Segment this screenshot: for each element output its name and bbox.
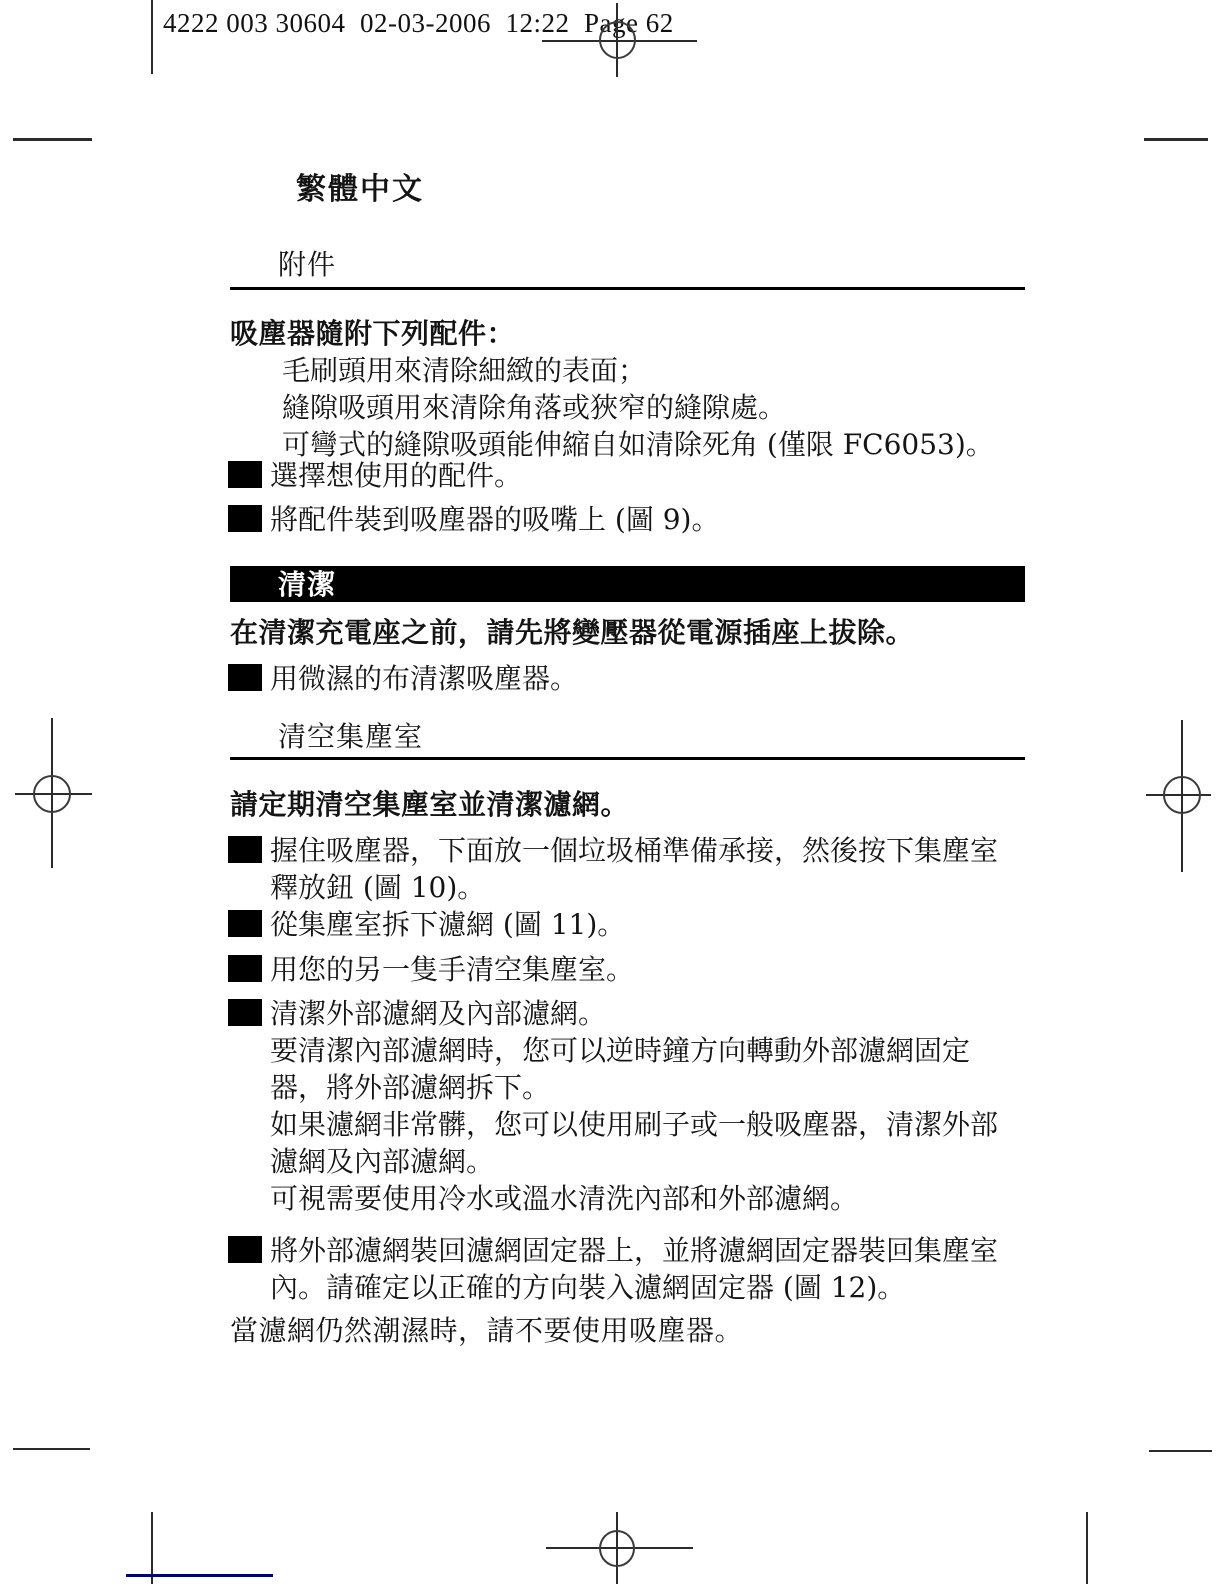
crop-mark-top-left-vline [151, 0, 153, 74]
crop-mark-bottom-right-hline [1149, 1450, 1212, 1452]
step-bullet-square [228, 999, 262, 1026]
registration-circle-right [1163, 776, 1201, 814]
step-text: 用微濕的布清潔吸塵器。 [270, 660, 1030, 697]
instruction-step: 從集塵室拆下濾網 (圖 11)。 [228, 906, 1028, 946]
section-banner-cleaning: 清潔 [230, 566, 1025, 602]
accessories-item-list: 毛刷頭用來清除細緻的表面； 縫隙吸頭用來清除角落或狹窄的縫隙處。 可彎式的縫隙吸… [282, 352, 994, 463]
step-bullet-square [228, 461, 262, 488]
instruction-step: 將外部濾網裝回濾網固定器上，並將濾網固定器裝回集塵室 內。請確定以正確的方向裝入… [228, 1232, 1028, 1312]
registration-circle-top [599, 21, 636, 59]
section-heading-emptying: 清空集塵室 [278, 720, 423, 754]
step-text: 用您的另一隻手清空集塵室。 [270, 951, 1030, 988]
emptying-intro: 請定期清空集塵室並清潔濾網。 [230, 786, 629, 823]
instruction-step: 用微濕的布清潔吸塵器。 [228, 660, 1028, 700]
step-text: 可視需要使用冷水或溫水清洗內部和外部濾網。 [270, 1180, 1030, 1217]
accessories-item: 毛刷頭用來清除細緻的表面； [282, 352, 994, 389]
registration-circle-left [33, 775, 71, 813]
step-text: 要清潔內部濾網時，您可以逆時鐘方向轉動外部濾網固定 [270, 1032, 1030, 1069]
accessories-intro: 吸塵器隨附下列配件： [230, 315, 515, 352]
instruction-step: 選擇想使用的配件。 [228, 457, 1028, 497]
step-text: 將外部濾網裝回濾網固定器上，並將濾網固定器裝回集塵室 [270, 1232, 1030, 1269]
accessories-item: 縫隙吸頭用來清除角落或狹窄的縫隙處。 [282, 389, 994, 426]
step-bullet-square [228, 836, 262, 863]
wet-filter-note: 當濾網仍然潮濕時，請不要使用吸塵器。 [230, 1312, 743, 1349]
step-bullet-square [228, 664, 262, 691]
crop-mark-bottom-left-hline [13, 1448, 90, 1450]
step-text: 清潔外部濾網及內部濾網。 [270, 995, 1030, 1032]
step-text: 濾網及內部濾網。 [270, 1143, 1030, 1180]
step-text: 內。請確定以正確的方向裝入濾網固定器 (圖 12)。 [270, 1269, 1030, 1306]
step-text: 將配件裝到吸塵器的吸嘴上 (圖 9)。 [270, 501, 1030, 538]
step-bullet-square [228, 910, 262, 937]
step-bullet-square [228, 1236, 262, 1263]
step-text: 選擇想使用的配件。 [270, 457, 1030, 494]
step-text: 握住吸塵器，下面放一個垃圾桶準備承接，然後按下集塵室 [270, 832, 1030, 869]
page-title: 繁體中文 [296, 172, 424, 208]
step-bullet-square [228, 505, 262, 532]
section-heading-cleaning: 清潔 [278, 567, 336, 603]
crop-mark-bottom-navy-hline [126, 1574, 273, 1577]
instruction-step: 清潔外部濾網及內部濾網。 要清潔內部濾網時，您可以逆時鐘方向轉動外部濾網固定 器… [228, 995, 1028, 1225]
cleaning-warning: 在清潔充電座之前，請先將變壓器從電源插座上拔除。 [230, 614, 914, 651]
page-header: 4222 003 30604 02-03-2006 12:22 Page 62 [163, 8, 674, 39]
registration-circle-bottom [599, 1530, 635, 1567]
step-text: 器，將外部濾網拆下。 [270, 1069, 1030, 1106]
step-text: 如果濾網非常髒，您可以使用刷子或一般吸塵器，清潔外部 [270, 1106, 1030, 1143]
instruction-step: 握住吸塵器，下面放一個垃圾桶準備承接，然後按下集塵室 釋放鈕 (圖 10)。 [228, 832, 1028, 912]
crop-mark-upper-left-hline [13, 138, 92, 141]
instruction-step: 用您的另一隻手清空集塵室。 [228, 951, 1028, 991]
instruction-step: 將配件裝到吸塵器的吸嘴上 (圖 9)。 [228, 501, 1028, 541]
section-rule-accessories [230, 287, 1025, 290]
manual-page: 4222 003 30604 02-03-2006 12:22 Page 62 … [0, 0, 1224, 1584]
crop-mark-bottom-right-vline [1086, 1512, 1088, 1584]
step-text: 從集塵室拆下濾網 (圖 11)。 [270, 906, 1030, 943]
step-text: 釋放鈕 (圖 10)。 [270, 869, 1030, 906]
step-bullet-square [228, 955, 262, 982]
crop-mark-upper-right-hline [1144, 138, 1208, 141]
section-rule-emptying [230, 757, 1025, 760]
section-heading-accessories: 附件 [278, 248, 336, 282]
